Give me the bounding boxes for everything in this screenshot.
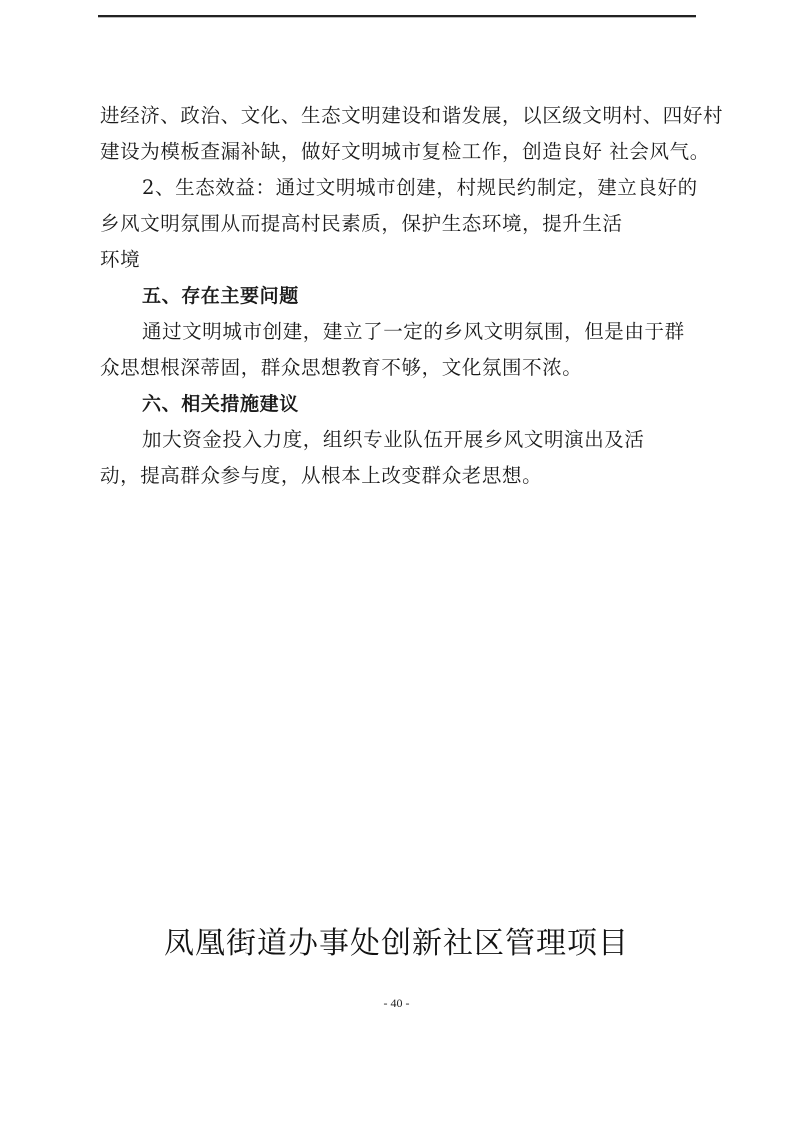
paragraph-line: 通过文明城市创建，建立了一定的乡风文明氛围，但是由于群 [100, 314, 696, 350]
section-heading-5: 五、存在主要问题 [100, 278, 696, 314]
paragraph-line: 进经济、政治、文化、生态文明建设和谐发展，以区级文明村、四好村 [100, 98, 696, 134]
header-rule [98, 15, 696, 18]
paragraph-line: 众思想根深蒂固，群众思想教育不够，文化氛围不浓。 [100, 350, 696, 386]
paragraph-line: 乡风文明氛围从而提高村民素质，保护生态环境，提升生活 [100, 206, 696, 242]
section-heading-6: 六、相关措施建议 [100, 386, 696, 422]
paragraph-line: 环境 [100, 242, 696, 278]
footer-title: 凤凰街道办事处创新社区管理项目 [0, 918, 793, 962]
page-number: - 40 - [0, 996, 793, 1011]
paragraph-line: 2、生态效益：通过文明城市创建，村规民约制定，建立良好的 [100, 170, 696, 206]
paragraph-line: 加大资金投入力度，组织专业队伍开展乡风文明演出及活 [100, 422, 696, 458]
paragraph-line: 建设为模板查漏补缺，做好文明城市复检工作，创造良好 社会风气。 [100, 134, 696, 170]
document-body: 进经济、政治、文化、生态文明建设和谐发展，以区级文明村、四好村 建设为模板查漏补… [100, 98, 696, 494]
paragraph-line: 动，提高群众参与度，从根本上改变群众老思想。 [100, 458, 696, 494]
